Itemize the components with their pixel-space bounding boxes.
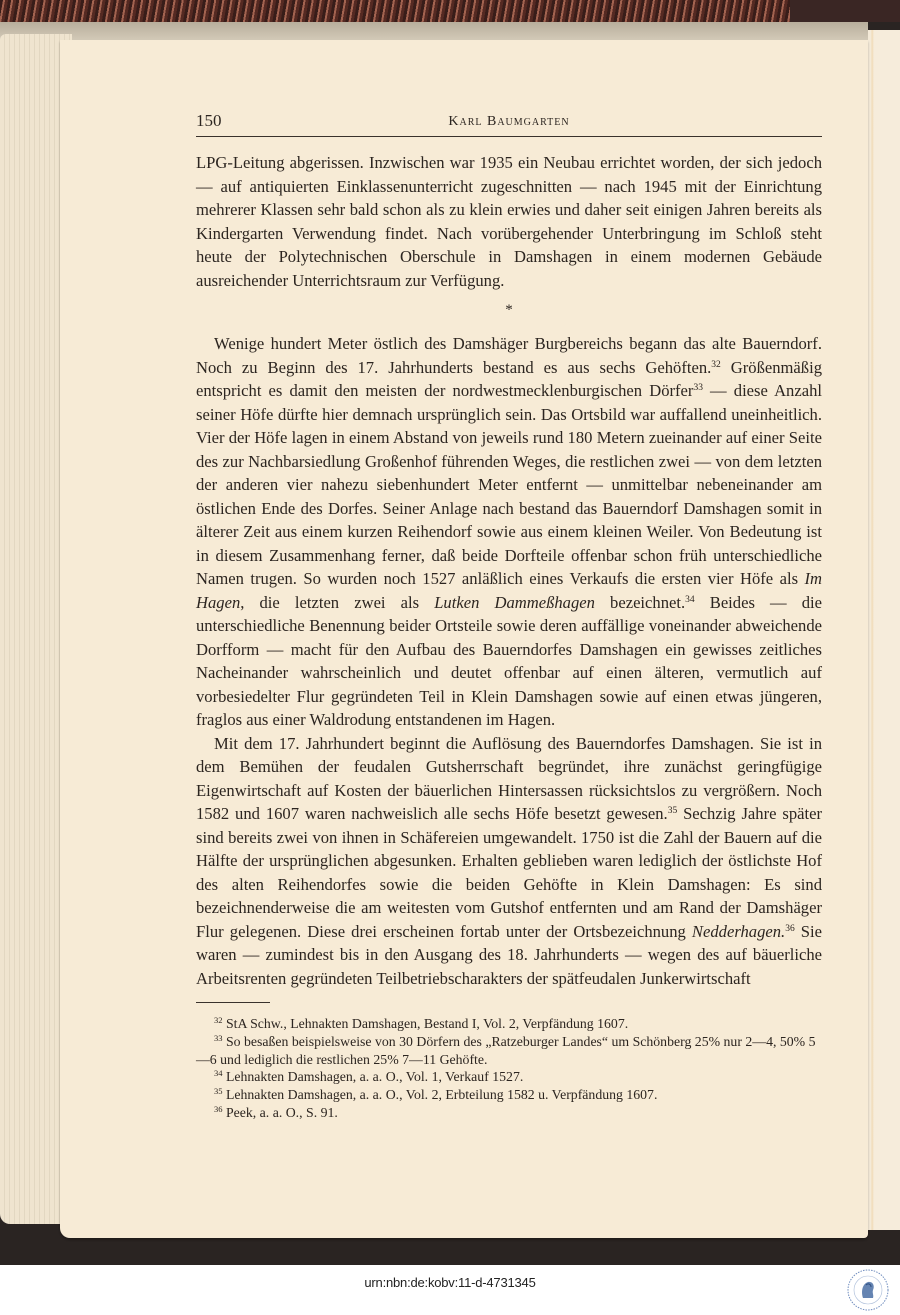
- footnote-ref[interactable]: 33: [693, 383, 703, 393]
- facing-page-edge: [868, 30, 900, 1230]
- footnote-text: Lehnakten Damshagen, a. a. O., Vol. 1, V…: [226, 1069, 523, 1084]
- page-content: 150 Karl Baumgarten LPG-Leitung abgeriss…: [196, 108, 822, 1122]
- text-run: — diese Anzahl seiner Höfe dürfte hier d…: [196, 381, 822, 588]
- text-run: bezeichnet.: [595, 593, 685, 612]
- footnote-33: 33 So besaßen beispielsweise von 30 Dörf…: [196, 1033, 822, 1069]
- footnote-number: 32: [214, 1015, 223, 1025]
- footnote-text: So besaßen beispielsweise von 30 Dörfern…: [196, 1034, 816, 1067]
- running-head: 150 Karl Baumgarten: [196, 108, 822, 137]
- footnote-34: 34 Lehnakten Damshagen, a. a. O., Vol. 1…: [196, 1068, 822, 1086]
- footnotes: 32 StA Schw., Lehnakten Damshagen, Besta…: [196, 1015, 822, 1122]
- paragraph-3: Mit dem 17. Jahrhundert beginnt die Aufl…: [196, 732, 822, 991]
- text-run: , die letzten zwei als: [240, 593, 434, 612]
- footnote-36: 36 Peek, a. a. O., S. 91.: [196, 1104, 822, 1122]
- footnote-number: 36: [214, 1104, 223, 1114]
- footnote-ref[interactable]: 32: [711, 360, 721, 370]
- footnote-text: Lehnakten Damshagen, a. a. O., Vol. 2, E…: [226, 1087, 657, 1102]
- book-binding-corner: [790, 0, 900, 22]
- italic-place-name: Nedderhagen.: [692, 922, 785, 941]
- footnote-number: 35: [214, 1086, 223, 1096]
- footnote-32: 32 StA Schw., Lehnakten Damshagen, Besta…: [196, 1015, 822, 1033]
- university-seal-icon: [846, 1268, 890, 1312]
- footnote-ref[interactable]: 35: [668, 806, 678, 816]
- body-text: LPG-Leitung abgerissen. Inzwischen war 1…: [196, 151, 822, 990]
- footnote-number: 33: [214, 1033, 223, 1043]
- section-separator: *: [196, 300, 822, 320]
- footnote-35: 35 Lehnakten Damshagen, a. a. O., Vol. 2…: [196, 1086, 822, 1104]
- running-title: Karl Baumgarten: [196, 114, 822, 130]
- urn-identifier[interactable]: urn:nbn:de:kobv:11-d-4731345: [0, 1275, 900, 1290]
- footnote-number: 34: [214, 1068, 223, 1078]
- scanned-book-image: 150 Karl Baumgarten LPG-Leitung abgeriss…: [0, 0, 900, 1265]
- footnote-text: StA Schw., Lehnakten Damshagen, Bestand …: [226, 1016, 628, 1031]
- footnote-ref[interactable]: 36: [785, 924, 795, 934]
- footnote-text: Peek, a. a. O., S. 91.: [226, 1105, 338, 1120]
- paragraph-2: Wenige hundert Meter östlich des Damshäg…: [196, 332, 822, 732]
- footnote-divider: [196, 1002, 270, 1003]
- text-run: Beides — die unterschiedliche Benennung …: [196, 593, 822, 730]
- paragraph-1: LPG-Leitung abgerissen. Inzwischen war 1…: [196, 151, 822, 292]
- italic-place-name: Lutken Dammeßhagen: [434, 593, 595, 612]
- text-run: Sechzig Jahre später sind bereits zwei v…: [196, 804, 822, 941]
- footnote-ref[interactable]: 34: [685, 595, 695, 605]
